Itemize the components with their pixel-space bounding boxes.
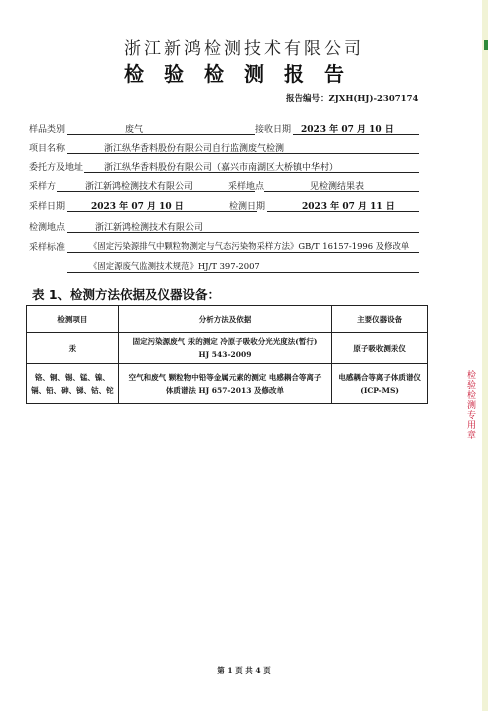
method-line-2: HJ 543-2009 <box>122 348 328 361</box>
method-line-2: 体质谱法 HJ 657-2013 及修改单 <box>122 384 328 397</box>
client-label: 委托方及地址 <box>29 160 83 173</box>
cell-method: 固定污染源废气 汞的测定 冷原子吸收分光光度法(暂行) HJ 543-2009 <box>118 333 331 364</box>
instrument-line-2: (ICP-MS) <box>335 384 424 397</box>
field-row-sample-type: 样品类别 废气 接收日期 2023 年 07 月 10 日 <box>29 122 419 136</box>
sampling-standard-label: 采样标准 <box>29 240 65 253</box>
client-value: 浙江纵华香料股份有限公司（嘉兴市南湖区大桥镇中华村） <box>104 160 338 173</box>
methods-table: 检测项目 分析方法及依据 主要仪器设备 汞 固定污染源废气 汞的测定 冷原子吸收… <box>26 305 428 404</box>
cell-method: 空气和废气 颗粒物中铅等金属元素的测定 电感耦合等离子 体质谱法 HJ 657-… <box>118 364 331 404</box>
test-location-value: 浙江新鸿检测技术有限公司 <box>95 220 203 233</box>
header-method: 分析方法及依据 <box>118 306 331 333</box>
test-date-value: 2023 年 07 月 11 日 <box>302 199 395 212</box>
report-number-label: 报告编号： <box>286 94 329 104</box>
report-number: 报告编号：ZJXH(HJ)-2307174 <box>286 92 418 104</box>
method-line-1: 固定污染源废气 汞的测定 冷原子吸收分光光度法(暂行) <box>122 335 328 348</box>
field-row-sampler: 采样方 浙江新鸿检测技术有限公司 采样地点 见检测结果表 <box>29 179 419 193</box>
page-number: 第 1 页 共 4 页 <box>0 665 488 676</box>
sampling-location-value: 见检测结果表 <box>310 179 364 192</box>
test-date-label: 检测日期 <box>229 199 265 212</box>
field-row-sampling-standard-2: 《固定源废气监测技术规范》HJ/T 397-2007 <box>29 260 419 274</box>
cell-test-item: 铬、铜、锡、锰、镍、镉、铅、砷、锑、钴、铊 <box>27 364 119 404</box>
sample-type-line <box>67 122 255 135</box>
sample-type-value: 废气 <box>125 122 143 135</box>
table1-title: 表 1、检测方法依据及仪器设备： <box>32 285 220 303</box>
header-instrument: 主要仪器设备 <box>332 306 428 333</box>
table-header-row: 检测项目 分析方法及依据 主要仪器设备 <box>27 306 428 333</box>
cell-instrument: 电感耦合等离子体质谱仪 (ICP-MS) <box>332 364 428 404</box>
field-row-test-location: 检测地点 浙江新鸿检测技术有限公司 <box>29 220 419 234</box>
page-edge-band <box>482 0 488 711</box>
sample-type-label: 样品类别 <box>29 122 65 135</box>
test-location-label: 检测地点 <box>29 220 65 233</box>
report-number-value: ZJXH(HJ)-2307174 <box>329 94 419 104</box>
company-name: 浙江新鸿检测技术有限公司 <box>0 34 488 59</box>
sampler-value: 浙江新鸿检测技术有限公司 <box>85 179 193 192</box>
field-row-sampling-standard: 采样标准 《固定污染源排气中颗粒物测定与气态污染物采样方法》GB/T 16157… <box>29 240 419 254</box>
instrument-line-1: 电感耦合等离子体质谱仪 <box>335 371 424 384</box>
project-name-value: 浙江纵华香料股份有限公司自行监测废气检测 <box>104 141 284 154</box>
report-title: 检验检测报告 <box>0 58 488 87</box>
sampling-date-label: 采样日期 <box>29 199 65 212</box>
sampling-standard-value-2: 《固定源废气监测技术规范》HJ/T 397-2007 <box>89 260 260 272</box>
instrument-line-1: 原子吸收测汞仪 <box>335 342 424 355</box>
field-row-sampling-date: 采样日期 2023 年 07 月 10 日 检测日期 2023 年 07 月 1… <box>29 199 419 213</box>
red-seal-stamp: 检验检测专用章 <box>465 370 477 460</box>
field-row-client: 委托方及地址 浙江纵华香料股份有限公司（嘉兴市南湖区大桥镇中华村） <box>29 160 419 174</box>
cell-instrument: 原子吸收测汞仪 <box>332 333 428 364</box>
sampling-date-value: 2023 年 07 月 10 日 <box>91 199 184 212</box>
header-test-item: 检测项目 <box>27 306 119 333</box>
cell-test-item: 汞 <box>27 333 119 364</box>
project-name-label: 项目名称 <box>29 141 65 154</box>
received-date-label: 接收日期 <box>255 122 291 135</box>
sampling-standard-value-1: 《固定污染源排气中颗粒物测定与气态污染物采样方法》GB/T 16157-1996… <box>89 240 409 252</box>
method-line-1: 空气和废气 颗粒物中铅等金属元素的测定 电感耦合等离子 <box>122 371 328 384</box>
sampler-label: 采样方 <box>29 179 56 192</box>
table-row: 铬、铜、锡、锰、镍、镉、铅、砷、锑、钴、铊 空气和废气 颗粒物中铅等金属元素的测… <box>27 364 428 404</box>
field-row-project-name: 项目名称 浙江纵华香料股份有限公司自行监测废气检测 <box>29 141 419 155</box>
sampling-location-label: 采样地点 <box>228 179 264 192</box>
received-date-value: 2023 年 07 月 10 日 <box>301 122 394 135</box>
table-row: 汞 固定污染源废气 汞的测定 冷原子吸收分光光度法(暂行) HJ 543-200… <box>27 333 428 364</box>
